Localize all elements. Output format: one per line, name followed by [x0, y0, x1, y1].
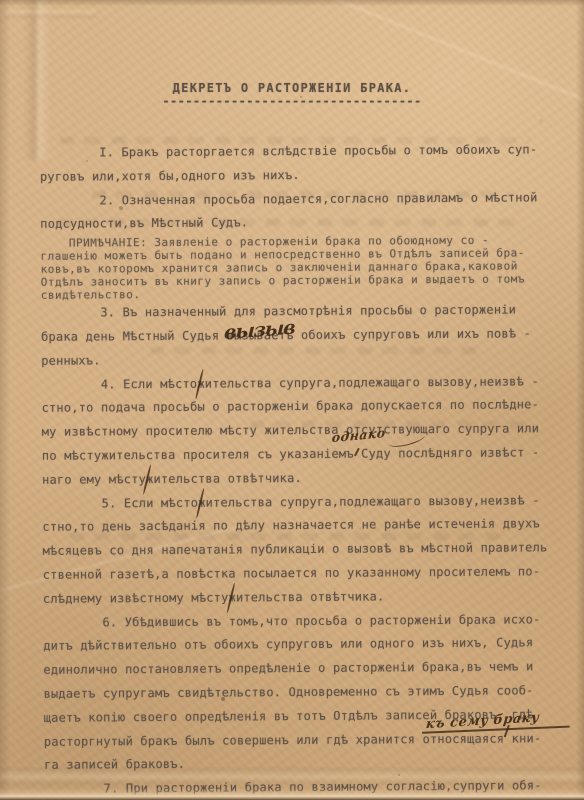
page-edge — [0, 0, 10, 800]
paragraph-5: 5. Если мѣстожительства супруга,подлежащ… — [42, 489, 559, 612]
page-edge — [576, 0, 584, 800]
paragraph-1: І. Бракъ расторгается вслѣдствіе просьбы… — [40, 138, 556, 189]
document-page: ДЕКРЕТЪ О РАСТОРЖЕНІИ БРАКА. -----------… — [0, 0, 584, 800]
paragraph-3: 3. Въ назначенный для разсмотрѣнія прось… — [41, 298, 557, 373]
page-edge — [0, 0, 584, 6]
page-edge — [0, 788, 584, 800]
title-underline: ---------------------------------- — [0, 94, 584, 108]
paragraph-6: 6. Убѣдившись въ томъ,что просьба о раст… — [43, 608, 560, 778]
document-body: І. Бракъ расторгается вслѣдствіе просьбы… — [40, 138, 561, 800]
paper-crease — [6, 10, 96, 18]
note-paragraph: ПРИМѢЧАНІЕ: Заявленіе о расторженіи брак… — [40, 233, 556, 302]
paragraph-2: 2. Означенная просьба подается,согласно … — [40, 186, 556, 237]
paragraph-4: 4. Если мѣстожительства супруга,подлежащ… — [41, 370, 558, 493]
